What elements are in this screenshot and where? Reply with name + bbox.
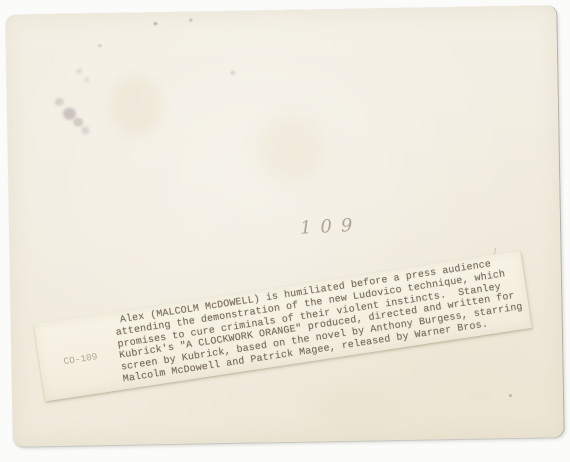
typed-caption-label: CO-109 Alex (MALCOLM McDOWELL) is humili… xyxy=(34,251,532,402)
ink-smudge xyxy=(81,126,89,134)
ink-smudge xyxy=(84,77,89,82)
caption-text: Alex (MALCOLM McDOWELL) is humiliated be… xyxy=(113,256,525,387)
photo-back-paper: 109 CO-109 Alex (MALCOLM McDOWELL) is hu… xyxy=(5,5,563,447)
paper-speck xyxy=(189,19,192,22)
ink-smudge xyxy=(76,69,82,74)
caption-code: CO-109 xyxy=(63,351,98,367)
paper-speck xyxy=(230,71,235,75)
stain-mark xyxy=(255,114,326,183)
paper-speck xyxy=(153,22,157,25)
ink-smudge xyxy=(55,98,64,106)
stain-mark xyxy=(312,388,403,430)
stain-mark xyxy=(109,74,162,137)
pencil-number: 109 xyxy=(300,215,362,239)
ink-smudge xyxy=(63,108,76,120)
paper-speck xyxy=(98,44,102,47)
ink-smudge xyxy=(73,117,83,126)
paper-speck xyxy=(509,394,512,397)
